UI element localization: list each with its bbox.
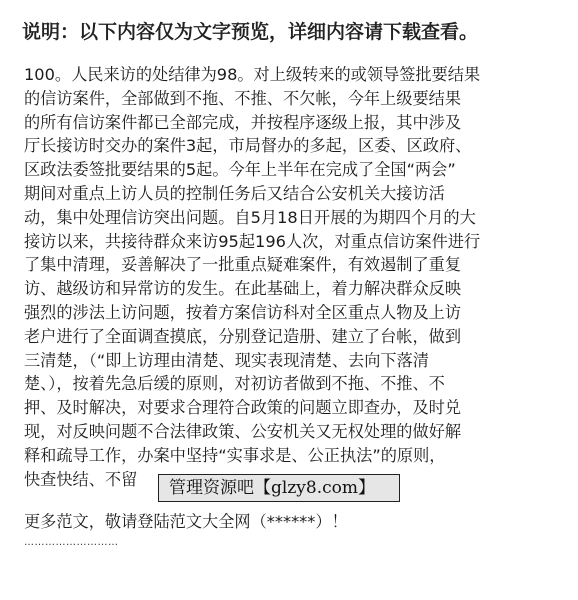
text-line: 强烈的涉法上访问题，按着方案信访科对全区重点人物及上访 <box>24 301 564 325</box>
text-line: 释和疏导工作，办案中坚持“实事求是、公正执法”的原则， <box>24 444 564 468</box>
text-line: 老户进行了全面调查摸底，分别登记造册、建立了台帐，做到 <box>24 325 564 349</box>
separator-dots: ……………………… <box>24 537 119 548</box>
text-line: 三清楚，（“即上访理由清楚、现实表现清楚、去向下落清 <box>24 349 564 373</box>
text-line: 楚、），按着先急后缓的原则，对初访者做到不拖、不推、不 <box>24 372 564 396</box>
text-line: 厅长接访时交办的案件3起，市局督办的多起，区委、区政府、 <box>24 134 564 158</box>
text-line: 了集中清理，妥善解决了一批重点疑难案件，有效遏制了重复 <box>24 253 564 277</box>
text-line: 区政法委签批要结果的5起。今年上半年在完成了全国“两会” <box>24 158 564 182</box>
text-line: 的信访案件，全部做到不拖、不推、不欠帐，今年上级要结果 <box>24 87 564 111</box>
watermark-banner: 管理资源吧【glzy8.com】 <box>158 474 400 502</box>
text-line: 访、越级访和异常访的发生。在此基础上，着力解决群众反映 <box>24 277 564 301</box>
text-line: 的所有信访案件都已全部完成，并按程序逐级上报，其中涉及 <box>24 111 564 135</box>
text-line: 押、及时解决，对要求合理符合政策的问题立即查办，及时兑 <box>24 396 564 420</box>
text-line: 100。人民来访的处结律为98。对上级转来的或领导签批要结果 <box>24 63 564 87</box>
text-line: 动，集中处理信访突出问题。自5月18日开展的为期四个月的大 <box>24 206 564 230</box>
text-line: 现，对反映问题不合法律政策、公安机关又无权处理的做好解 <box>24 420 564 444</box>
text-line: 期间对重点上访人员的控制任务后又结合公安机关大接访活 <box>24 182 564 206</box>
document-body: 100。人民来访的处结律为98。对上级转来的或领导签批要结果 的信访案件，全部做… <box>24 63 564 491</box>
preview-notice: 说明：以下内容仅为文字预览，详细内容请下载查看。 <box>22 17 478 44</box>
text-line: 接访以来，共接待群众来访95起196人次，对重点信访案件进行 <box>24 230 564 254</box>
footer-note: 更多范文，敬请登陆范文大全网（******）！ <box>24 510 348 534</box>
